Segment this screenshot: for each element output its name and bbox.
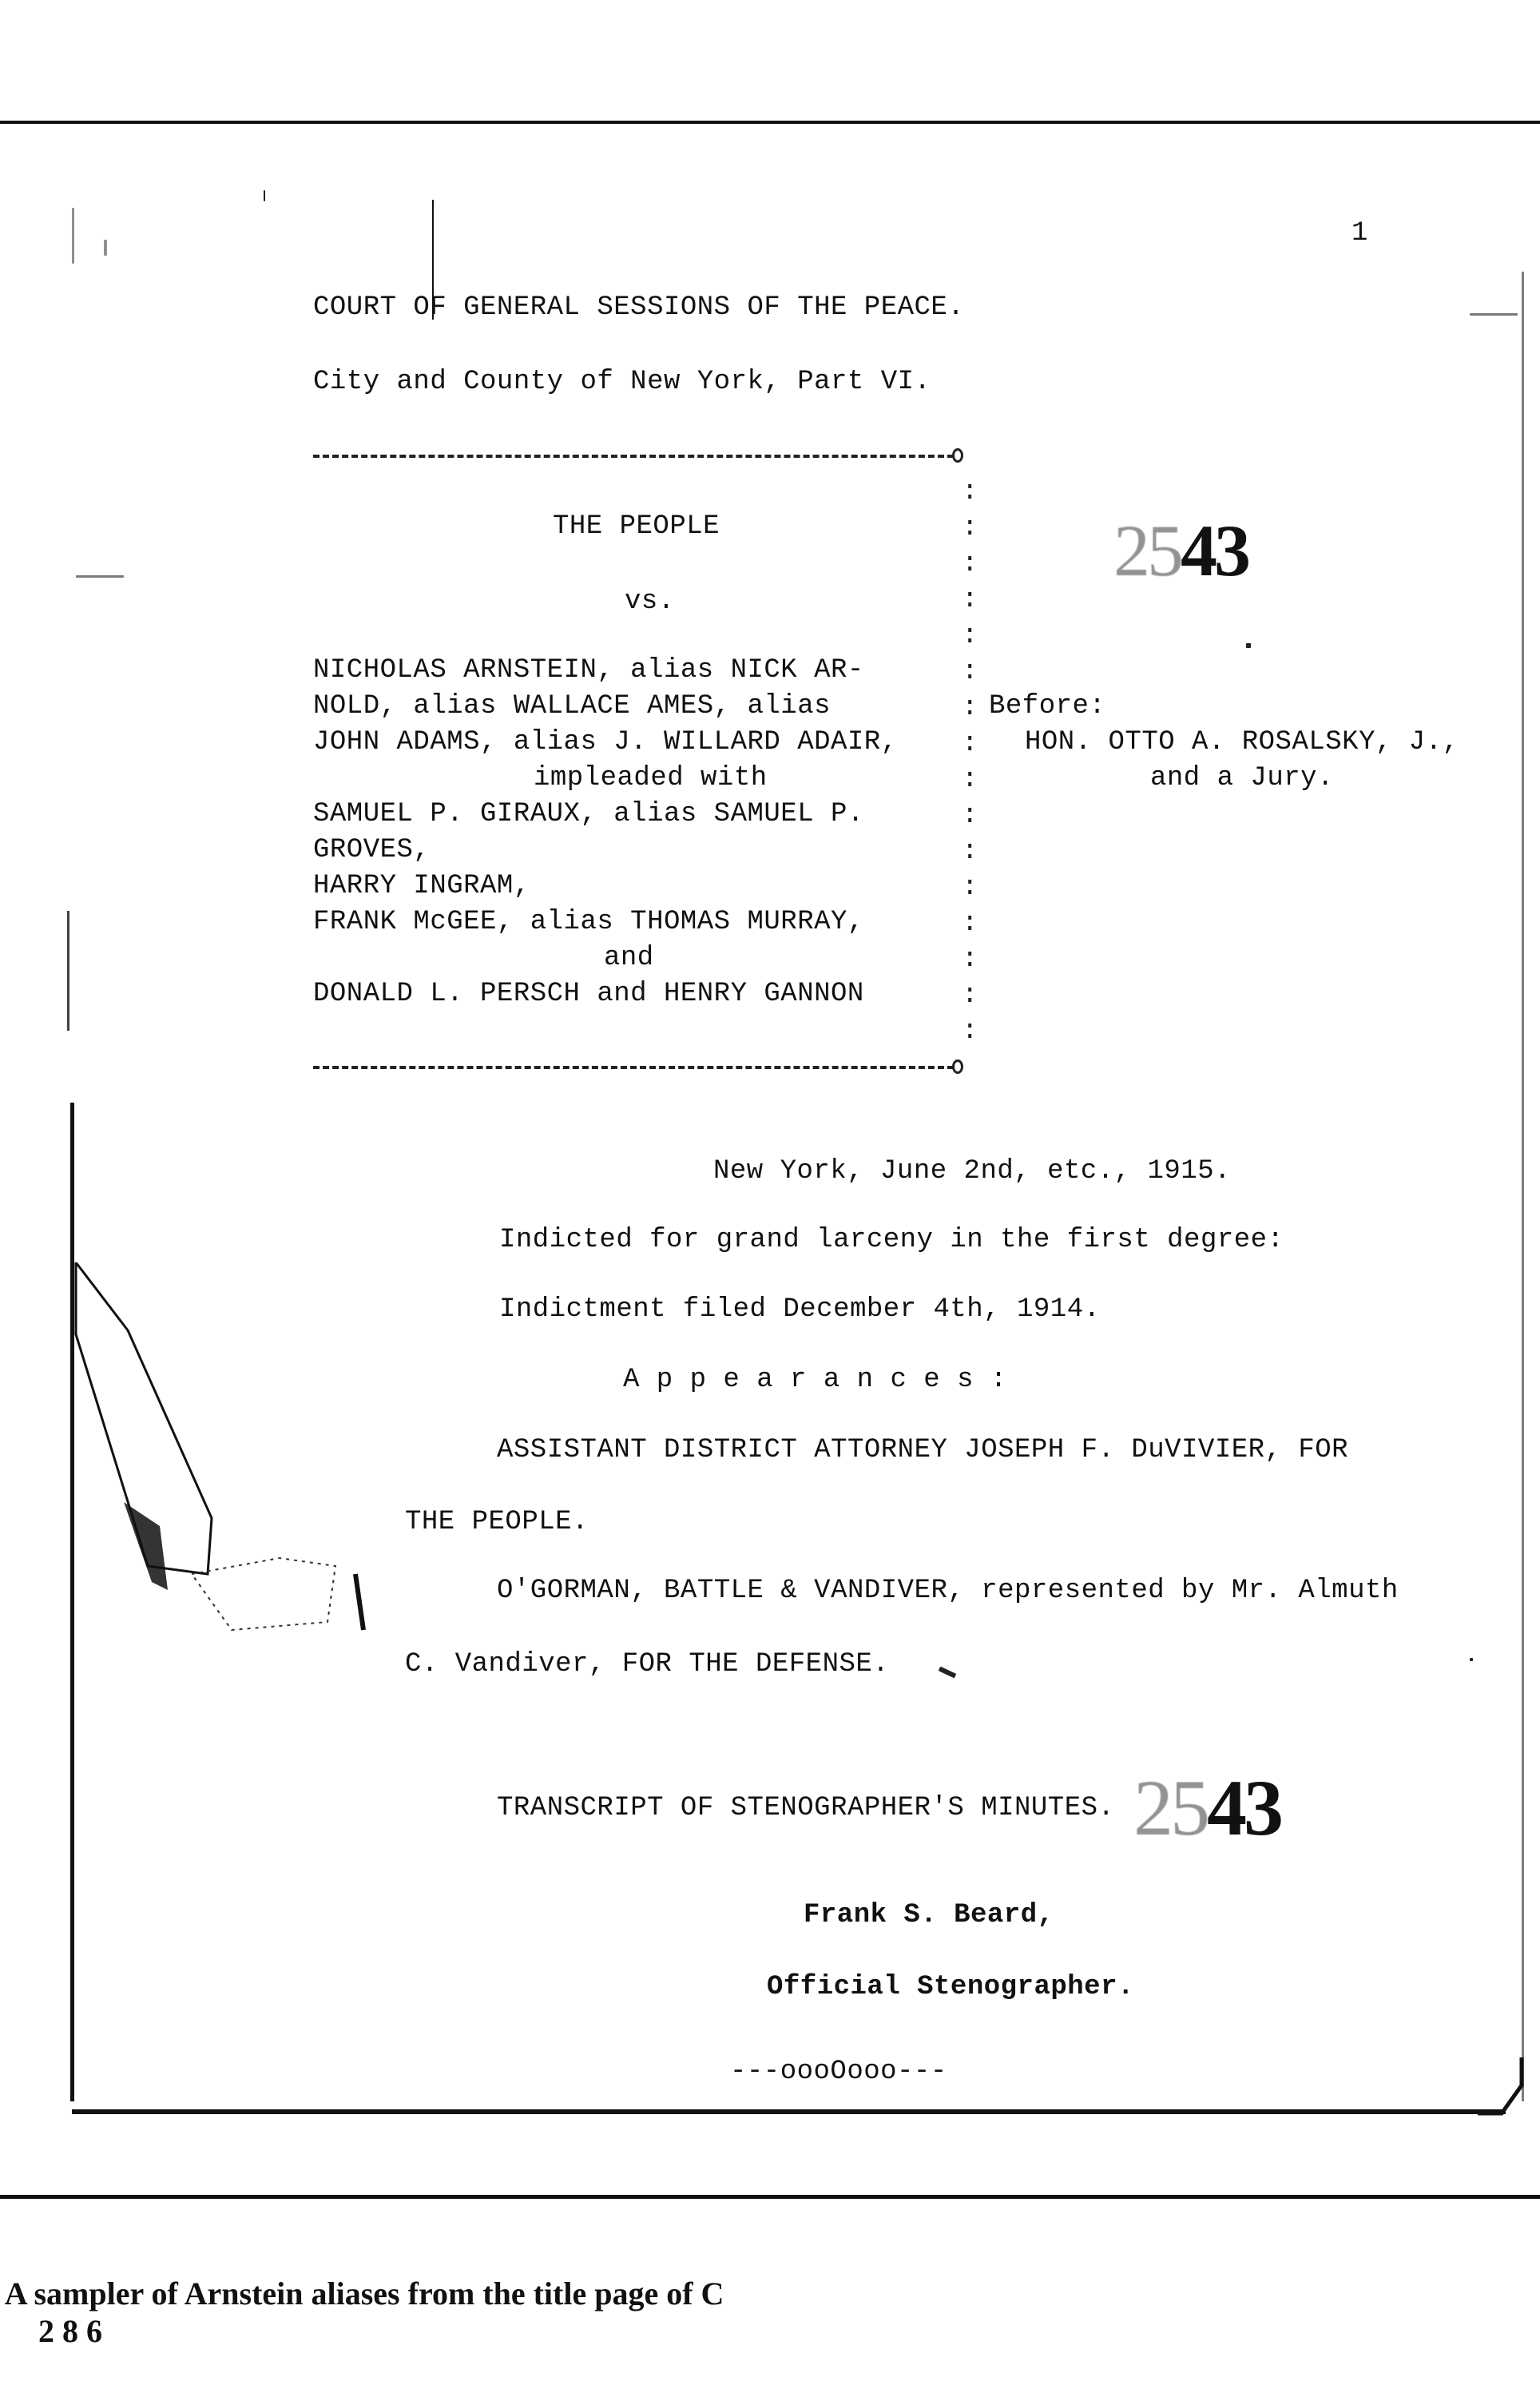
court-title: COURT OF GENERAL SESSIONS OF THE PEACE. <box>313 294 964 321</box>
left-page-edge-upper <box>67 911 69 1031</box>
caption-top-rule <box>313 455 954 458</box>
date-line: New York, June 2nd, etc., 1915. <box>713 1158 1231 1185</box>
defense-line-continued: C. Vandiver, FOR THE DEFENSE. <box>405 1651 889 1678</box>
defense-line: O'GORMAN, BATTLE & VANDIVER, represented… <box>497 1577 1399 1604</box>
stamp-faint-digits: 25 <box>1133 1763 1207 1852</box>
top-rule <box>0 121 1540 124</box>
defendant-line: and <box>604 944 654 972</box>
defendant-line: NICHOLAS ARNSTEIN, alias NICK AR- <box>313 657 864 684</box>
versus: vs. <box>625 588 675 615</box>
stenographer-name: Frank S. Beard, <box>804 1902 1054 1929</box>
caption-top-rule-end <box>952 448 963 463</box>
folded-corner-mark <box>72 1262 391 1742</box>
stamp-bold-digits: 43 <box>1207 1763 1280 1852</box>
appearances-heading: A p p e a r a n c e s : <box>623 1366 1007 1393</box>
figure-caption: A sampler of Arnstein aliases from the t… <box>0 2237 724 2350</box>
defendant-line: FRANK McGEE, alias THOMAS MURRAY, <box>313 908 864 936</box>
figure-caption-text: A sampler of Arnstein aliases from the t… <box>5 2276 724 2312</box>
stamp-faint-digits: 25 <box>1113 510 1181 591</box>
case-number-stamp-top: 2543 <box>1053 423 1248 678</box>
indictment-filed-line: Indictment filed December 4th, 1914. <box>499 1296 1101 1323</box>
judge-name: HON. OTTO A. ROSALSKY, J., <box>1025 729 1459 756</box>
jury-line: and a Jury. <box>1150 765 1334 792</box>
court-jurisdiction: City and County of New York, Part VI. <box>313 368 931 396</box>
before-label: Before: <box>989 693 1105 720</box>
end-mark: ---oooOooo--- <box>730 2058 947 2085</box>
figure-caption-page-ref: 2 8 6 <box>38 2313 102 2349</box>
stenographer-title: Official Stenographer. <box>767 1974 1134 2001</box>
defendant-line: DONALD L. PERSCH and HENRY GANNON <box>313 980 864 1008</box>
plaintiff: THE PEOPLE <box>553 513 720 540</box>
caption-bottom-rule <box>313 1066 954 1069</box>
defendant-line: impleaded with <box>534 765 768 792</box>
defendant-line: SAMUEL P. GIRAUX, alias SAMUEL P. <box>313 801 864 828</box>
bottom-rule <box>0 2195 1540 2199</box>
caption-colon-column: : : : : : : : : : : : : : : : : <box>962 475 978 1050</box>
charge-line: Indicted for grand larceny in the first … <box>499 1226 1284 1254</box>
defendant-line: JOHN ADAMS, alias J. WILLARD ADAIR, <box>313 729 898 756</box>
page-corner-curl <box>1478 2053 1526 2117</box>
prosecution-line: ASSISTANT DISTRICT ATTORNEY JOSEPH F. Du… <box>497 1437 1348 1464</box>
right-page-edge <box>1522 272 1524 2101</box>
transcript-title: TRANSCRIPT OF STENOGRAPHER'S MINUTES. <box>497 1795 1114 1822</box>
prosecution-line-continued: THE PEOPLE. <box>405 1509 589 1536</box>
defendant-line: HARRY INGRAM, <box>313 873 530 900</box>
page-number: 1 <box>1351 220 1368 247</box>
stamp-bold-digits: 43 <box>1181 510 1248 591</box>
caption-bottom-rule-end <box>952 1059 963 1074</box>
defendant-line: NOLD, alias WALLACE AMES, alias <box>313 693 831 720</box>
bottom-page-edge <box>72 2109 1506 2114</box>
defendant-line: GROVES, <box>313 837 430 864</box>
